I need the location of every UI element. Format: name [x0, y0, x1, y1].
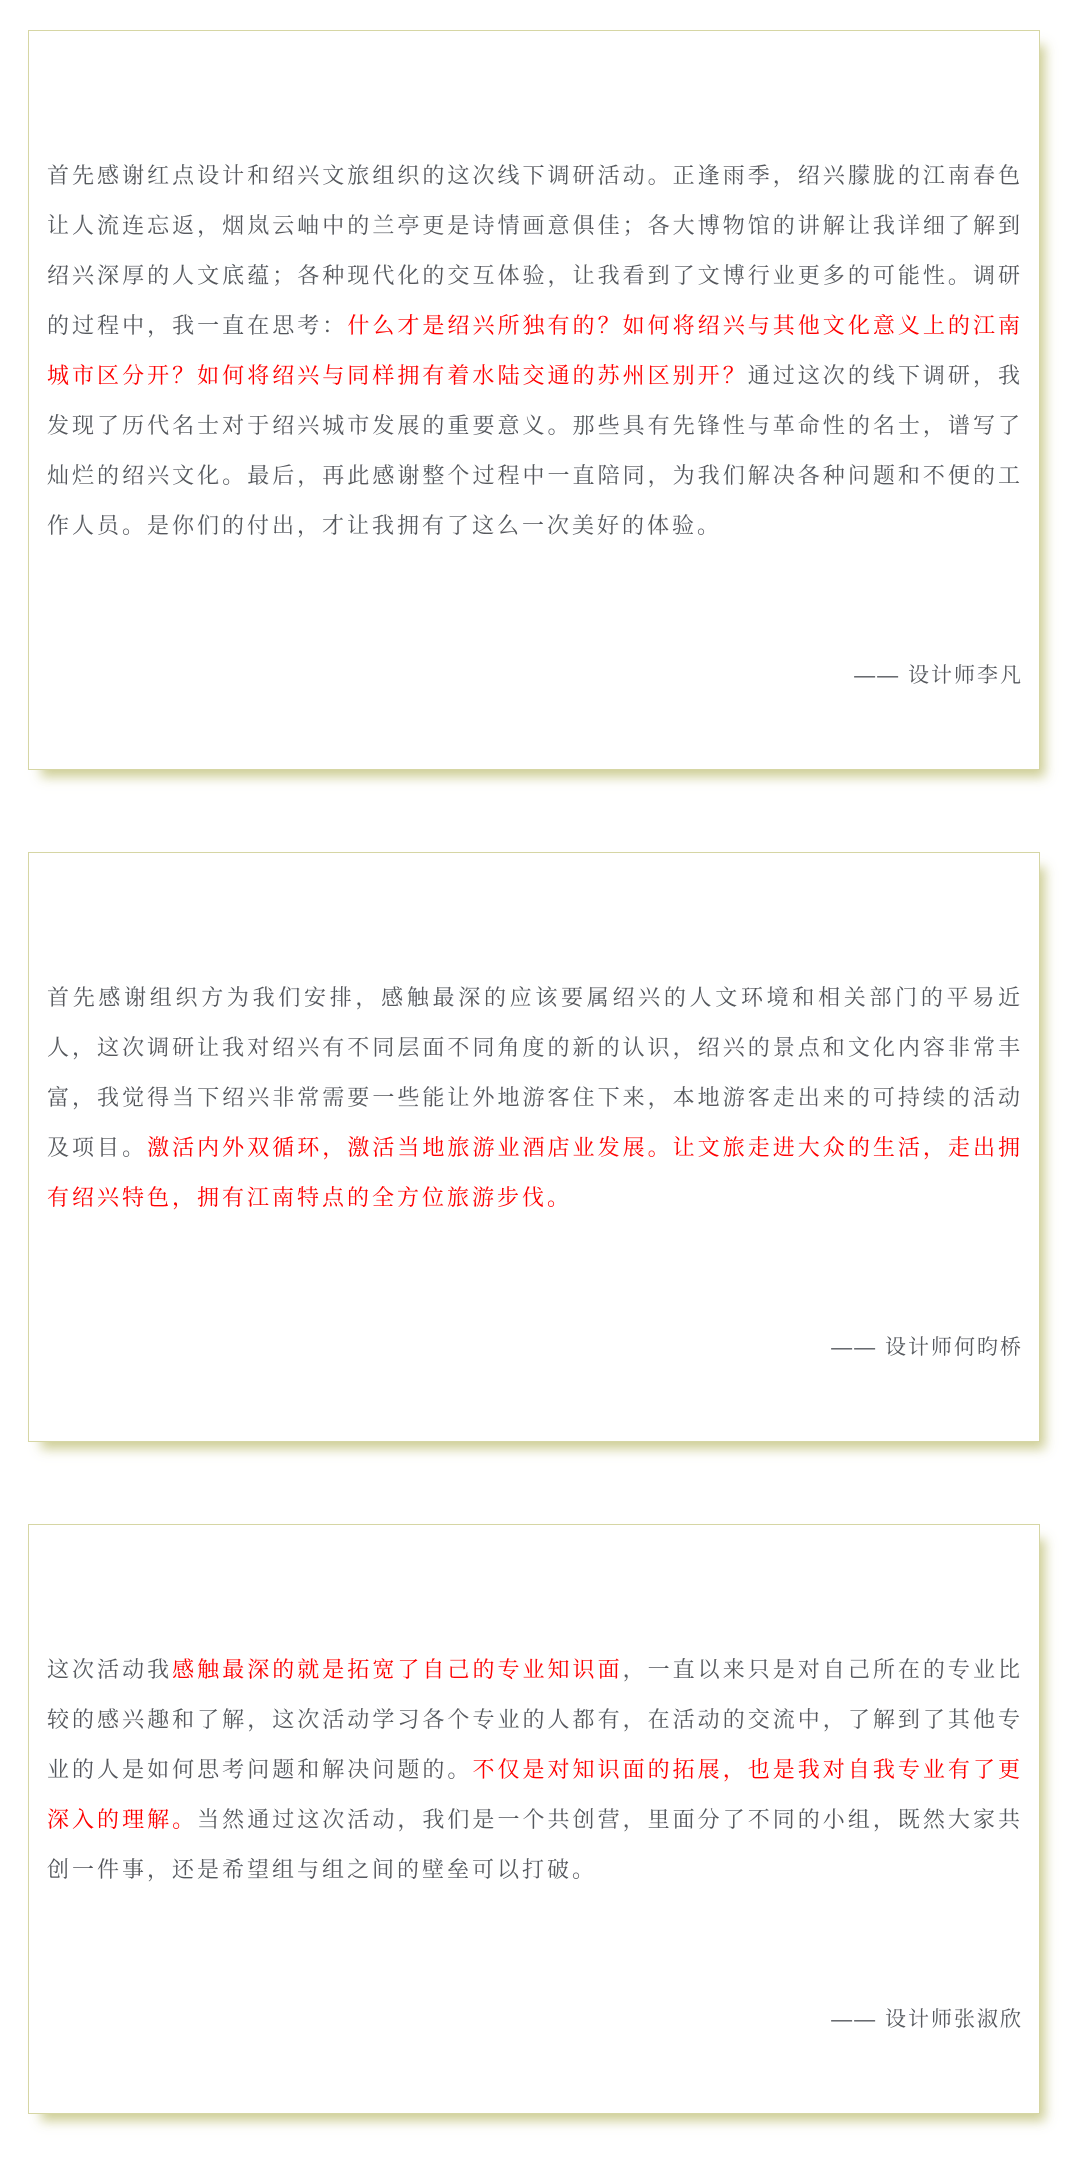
testimonial-page: 首先感谢红点设计和绍兴文旅组织的这次线下调研活动。正逢雨季，绍兴朦胧的江南春色让… [0, 0, 1075, 2162]
testimonial-card: 这次活动我感触最深的就是拓宽了自己的专业知识面，一直以来只是对自己所在的专业比较… [28, 1524, 1040, 2114]
text-segment: 首先感谢红点设计和绍兴文旅组织的这次线下调研活动。正逢雨季，绍兴朦胧的江南春色让… [47, 163, 1023, 338]
text-segment: 首先感谢组织方为我们安排，感触最深的应该要属绍兴的人文环境和相关部门的平易近人，… [47, 985, 1023, 1160]
testimonial-text: 首先感谢红点设计和绍兴文旅组织的这次线下调研活动。正逢雨季，绍兴朦胧的江南春色让… [47, 151, 1023, 551]
testimonial-card: 首先感谢组织方为我们安排，感触最深的应该要属绍兴的人文环境和相关部门的平易近人，… [28, 852, 1040, 1442]
highlighted-text-segment: 激活内外双循环，激活当地旅游业酒店业发展。让文旅走进大众的生活，走出拥有绍兴特色… [47, 1135, 1023, 1210]
text-segment: 这次活动我 [47, 1657, 172, 1682]
attribution: —— 设计师何昀桥 [47, 1323, 1023, 1373]
testimonial-card-list: 首先感谢红点设计和绍兴文旅组织的这次线下调研活动。正逢雨季，绍兴朦胧的江南春色让… [0, 30, 1075, 2114]
testimonial-text: 这次活动我感触最深的就是拓宽了自己的专业知识面，一直以来只是对自己所在的专业比较… [47, 1645, 1023, 1895]
text-segment: 通过这次的线下调研，我发现了历代名士对于绍兴城市发展的重要意义。那些具有先锋性与… [47, 363, 1023, 538]
highlighted-text-segment: 感触最深的就是拓宽了自己的专业知识面 [172, 1657, 622, 1682]
testimonial-text: 首先感谢组织方为我们安排，感触最深的应该要属绍兴的人文环境和相关部门的平易近人，… [47, 973, 1023, 1223]
attribution: —— 设计师李凡 [47, 651, 1023, 701]
testimonial-card: 首先感谢红点设计和绍兴文旅组织的这次线下调研活动。正逢雨季，绍兴朦胧的江南春色让… [28, 30, 1040, 770]
attribution: —— 设计师张淑欣 [47, 1995, 1023, 2045]
